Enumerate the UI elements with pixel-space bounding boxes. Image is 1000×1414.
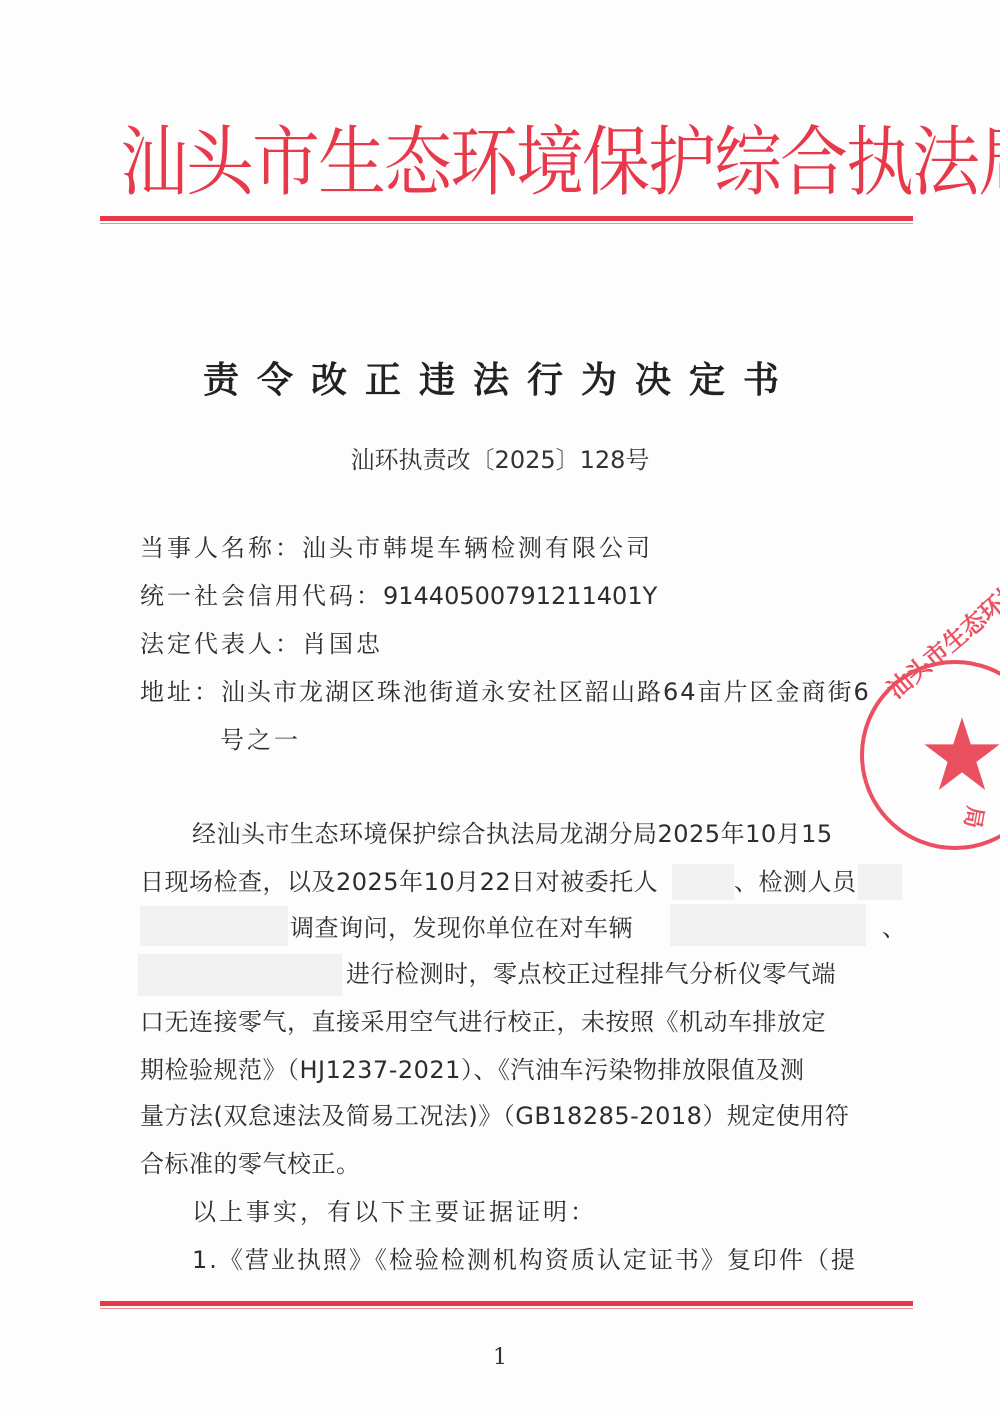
redacted-block <box>858 864 902 900</box>
official-seal: 汕头市生态环境 局 <box>860 660 1000 850</box>
body-line-7: 量方法(双怠速法及简易工况法)》（GB18285-2018）规定使用符 <box>140 1100 849 1132</box>
star-icon <box>922 714 1000 794</box>
body-line-2a: 日现场检查，以及2025年10月22日对被委托人 <box>140 866 658 898</box>
redacted-block <box>138 954 342 996</box>
address-value-line2: 号之一 <box>220 724 301 756</box>
address-row: 地址：汕头市龙湖区珠池街道永安社区韶山路64亩片区金商街6 <box>140 676 871 708</box>
body-line-3a: 调查询问，发现你单位在对车辆 <box>290 912 633 944</box>
page-number: 1 <box>490 1345 510 1370</box>
footer-divider <box>100 1301 913 1306</box>
body-line-2b: 、检测人员 <box>734 866 857 898</box>
address-value-line1: 汕头市龙湖区珠池街道永安社区韶山路64亩片区金商街6 <box>221 678 871 706</box>
credit-code-label: 统一社会信用代码： <box>140 582 383 610</box>
evidence-item-1: 1.《营业执照》《检验检测机构资质认定证书》复印件（提 <box>192 1244 857 1276</box>
party-name-value: 汕头市韩堤车辆检测有限公司 <box>302 534 653 562</box>
document-page: 汕头市生态环境保护综合执法局 责令改正违法行为决定书 汕环执责改〔2025〕12… <box>0 0 1000 1414</box>
document-number: 汕环执责改〔2025〕128号 <box>300 440 700 475</box>
body-line-1: 经汕头市生态环境保护综合执法局龙湖分局2025年10月15 <box>192 818 833 850</box>
address-label: 地址： <box>140 678 221 706</box>
redacted-block <box>670 904 866 946</box>
evidence-intro: 以上事实，有以下主要证据证明： <box>192 1196 597 1228</box>
body-line-3b: 、 <box>882 912 907 944</box>
legal-rep-row: 法定代表人：肖国忠 <box>140 628 383 660</box>
legal-rep-value: 肖国忠 <box>302 630 383 658</box>
party-name-row: 当事人名称：汕头市韩堤车辆检测有限公司 <box>140 532 653 564</box>
party-name-label: 当事人名称： <box>140 534 302 562</box>
body-line-5: 口无连接零气，直接采用空气进行校正，未按照《机动车排放定 <box>140 1006 826 1038</box>
header-divider <box>100 216 913 221</box>
body-line-4: 进行检测时，零点校正过程排气分析仪零气端 <box>346 958 836 990</box>
redacted-block <box>140 906 288 946</box>
legal-rep-label: 法定代表人： <box>140 630 302 658</box>
document-title: 责令改正违法行为决定书 <box>200 352 800 403</box>
seal-text-top: 汕头市生态环境 <box>878 570 1000 705</box>
redacted-block <box>672 864 734 900</box>
credit-code-row: 统一社会信用代码：91440500791211401Y <box>140 580 657 612</box>
seal-text-bottom: 局 <box>958 804 992 831</box>
body-line-6: 期检验规范》（HJ1237-2021）、《汽油车污染物排放限值及测 <box>140 1054 804 1086</box>
body-line-8: 合标准的零气校正。 <box>140 1148 361 1180</box>
credit-code-value: 91440500791211401Y <box>383 582 657 610</box>
agency-masthead: 汕头市生态环境保护综合执法局 <box>120 112 900 215</box>
